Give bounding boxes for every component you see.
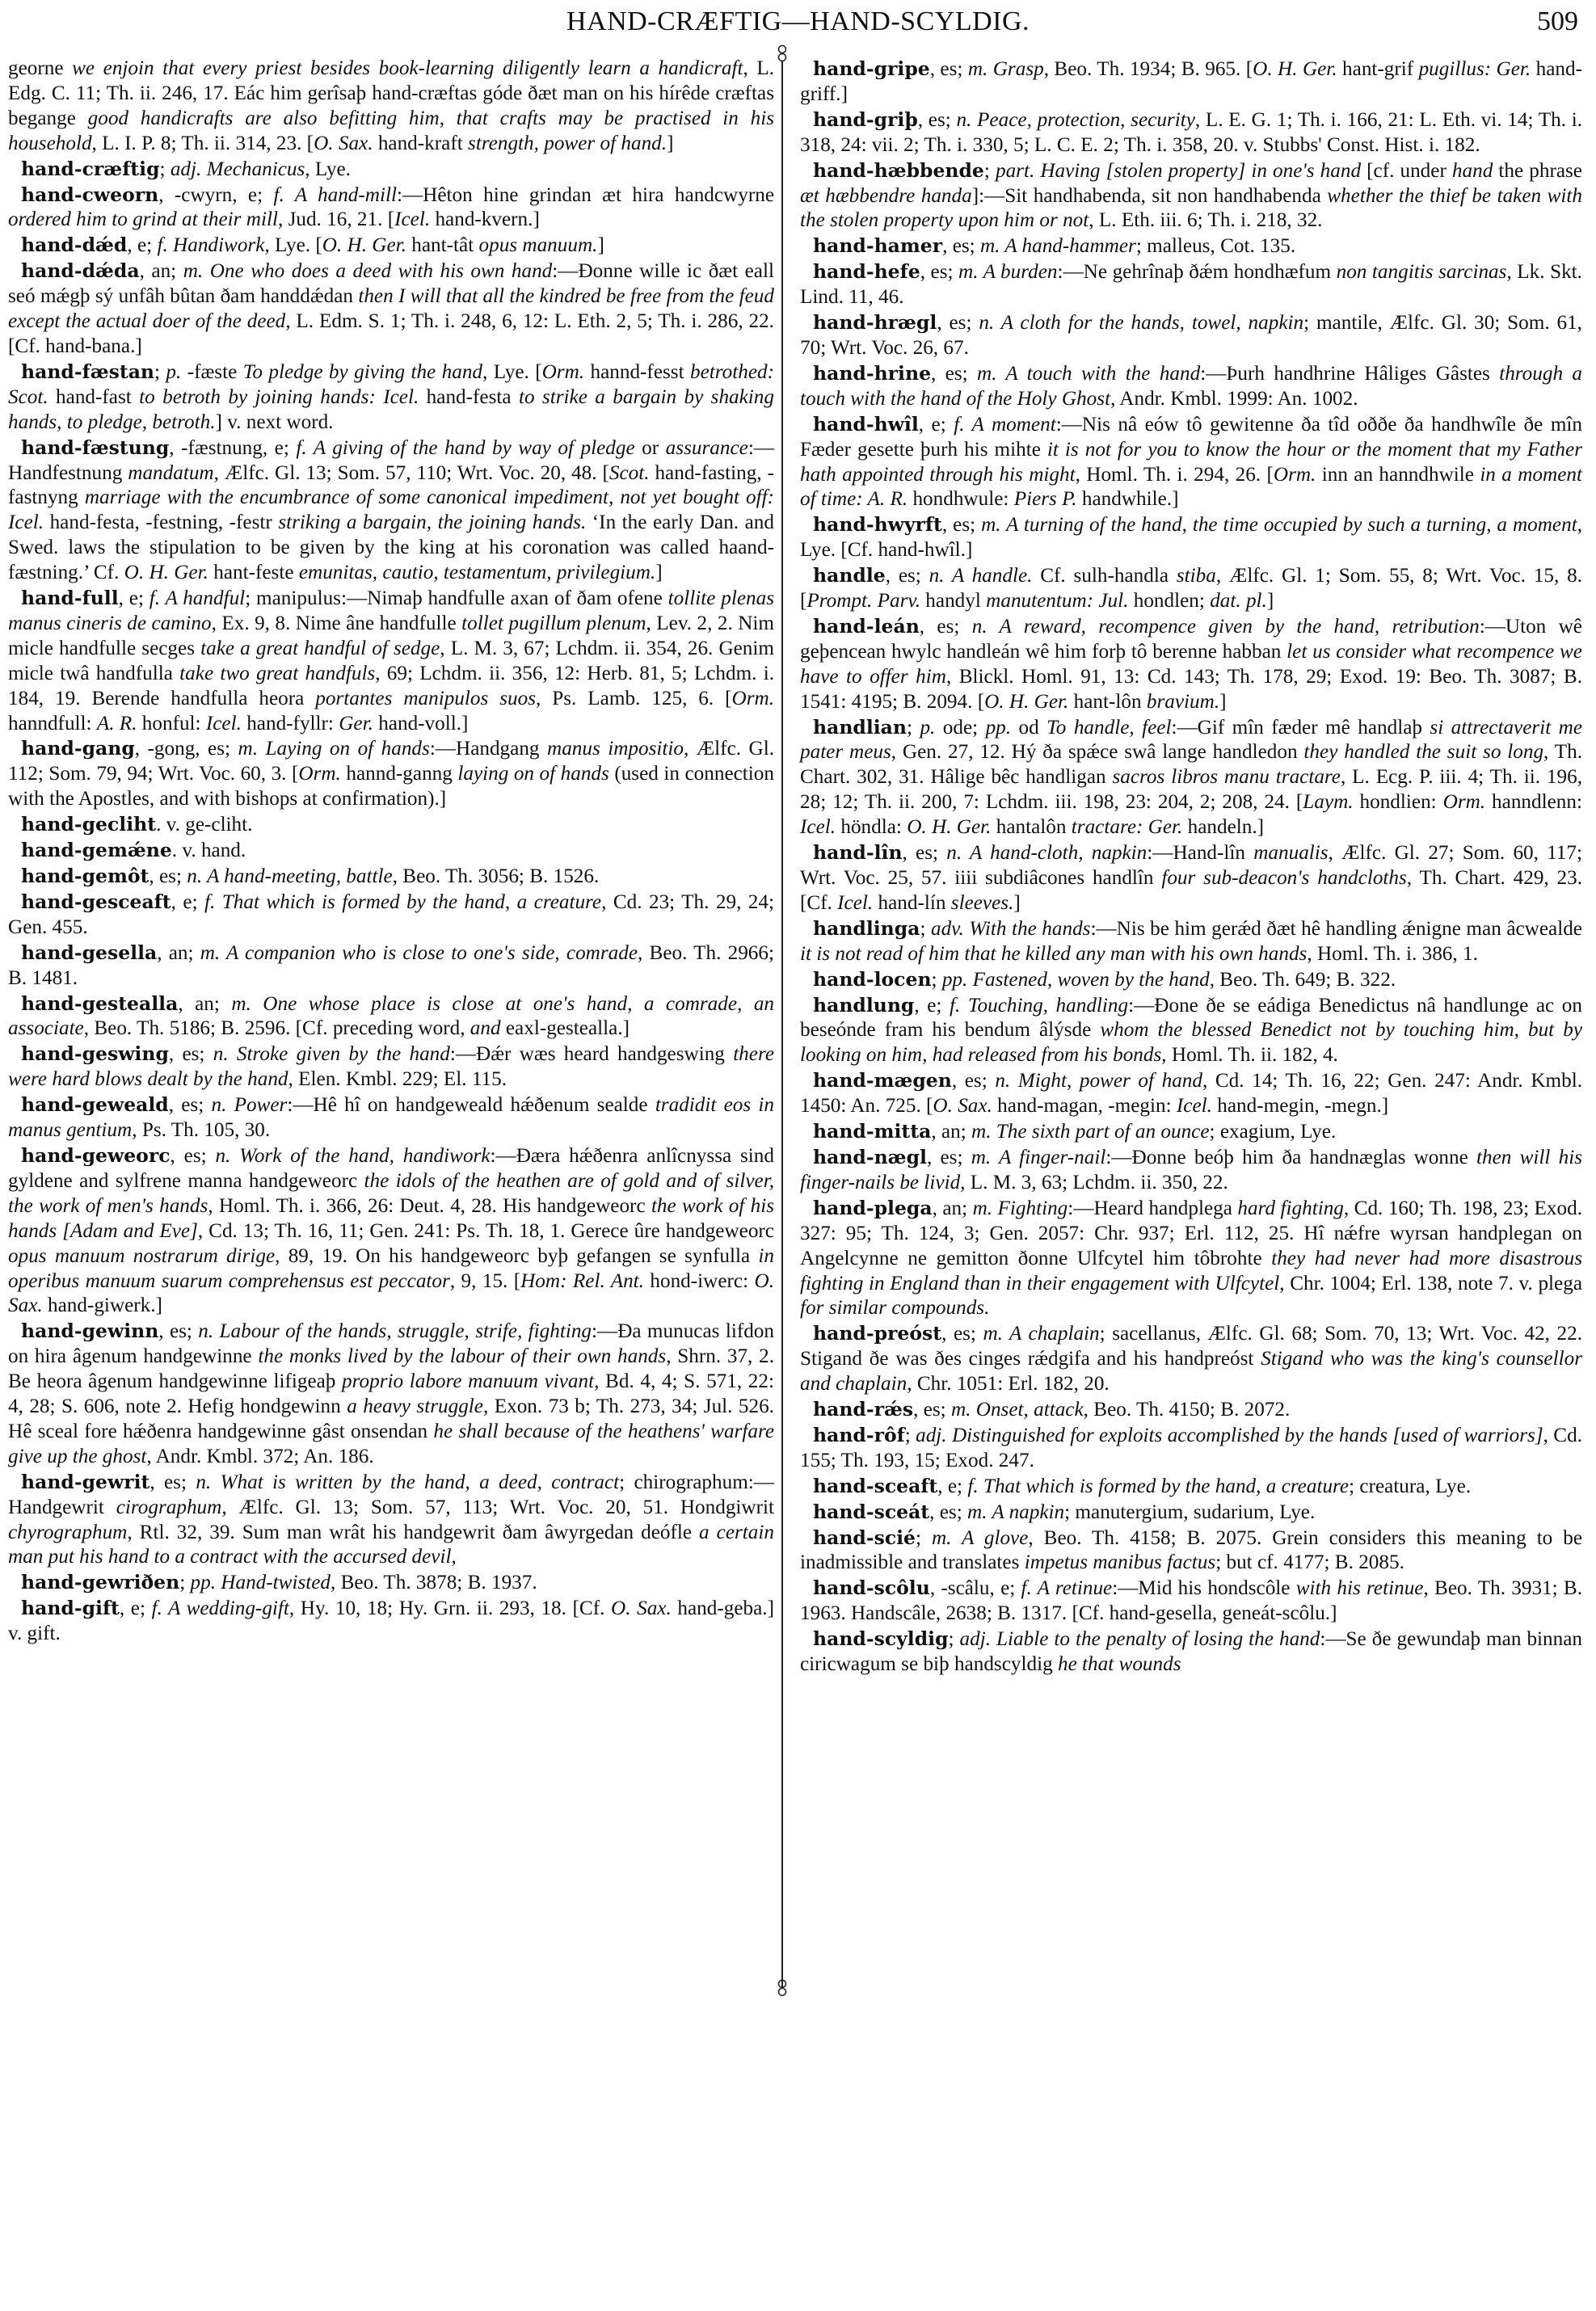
italic-text: it is not read of him that he killed any… [800,943,1307,965]
roman-text: ; [160,158,171,180]
roman-text: , Beo. Th. 3878; B. 1937. [331,1572,537,1593]
roman-text: , es; [149,865,187,887]
roman-text: , es; [931,363,977,385]
roman-text: , L. M. 3, 63; Lchdm. ii. 350, 22. [960,1172,1228,1193]
italic-text: m. A burden [958,261,1057,283]
italic-text: proprio labore manuum vivant [342,1370,594,1392]
dictionary-entry: hand-hrægl, es; n. A cloth for the hands… [800,310,1582,361]
italic-text: take a great handful of sedge [200,638,440,659]
italic-text: Orm. [732,688,774,709]
headword: hand-cweorn [21,183,158,206]
italic-text: m. One who does a deed with his own hand [183,260,553,282]
italic-text: m. Fighting [973,1198,1068,1219]
headword: hand-sceaft [813,1475,937,1497]
roman-text: , Chr. 1051: Erl. 182, 20. [907,1373,1109,1395]
italic-text: f. A giving of the hand by way of pledge [296,437,634,459]
roman-text: , e; [937,1475,967,1497]
headword: hand-fæstung [21,436,169,459]
italic-text: To handle, feel [1046,717,1171,739]
roman-text: hanndfull: [8,713,97,735]
roman-text: ; but cf. 4177; B. 2085. [1215,1551,1404,1573]
headword: hand-gift [21,1597,120,1619]
italic-text: O. H. Ger. [322,234,406,256]
roman-text: ] [1219,691,1226,713]
italic-text: for similar compounds. [800,1297,989,1319]
headword: hand-scôlu [813,1576,930,1599]
italic-text: f. Touching, handling [950,995,1128,1017]
headword: hand-hrægl [813,311,937,334]
headword: hand-gecliht [21,813,156,836]
headword: hand-gemǽne [21,839,172,861]
roman-text: hand-kraft [373,133,469,154]
roman-text: ; [154,361,166,383]
roman-text: hant-tât [406,234,479,256]
headword: hand-rǽs [813,1398,913,1421]
italic-text: dat. pl. [1210,590,1267,612]
dictionary-entry: hand-geswing, es; n. Stroke given by the… [8,1042,774,1092]
page-number: 509 [1537,6,1578,37]
dictionary-entry: hand-geweald, es; n. Power:—Hê hî on han… [8,1092,774,1143]
dictionary-entry: hand-gemôt, es; n. A hand-meeting, battl… [8,864,774,890]
roman-text: , -scâlu, e; [930,1577,1021,1599]
italic-text: To pledge by giving the hand [243,361,482,383]
italic-text: f. A retinue [1021,1577,1113,1599]
dictionary-entry: hand-mitta, an; m. The sixth part of an … [800,1119,1582,1145]
roman-text: :—Þurh handhrine Hâliges Gâstes [1200,363,1499,385]
headword: hand-scyldig [813,1627,949,1650]
dictionary-entry: hand-hefe, es; m. A burden:—Ne gehrînaþ … [800,259,1582,310]
headword: hand-hwîl [813,413,919,436]
roman-text: , -cwyrn, e; [158,184,273,206]
dictionary-entry: hand-scyldig; adj. Liable to the penalty… [800,1627,1582,1677]
roman-text: hond-iwerc: [644,1270,755,1292]
italic-text: adj. Distinguished for exploits accompli… [916,1425,1543,1446]
headword: hand-hefe [813,260,920,283]
roman-text: handwhile.] [1077,488,1179,510]
roman-text: , e; [119,587,149,609]
italic-text: n. Labour of the hands, struggle, strife… [198,1320,592,1342]
roman-text: hantalôn [991,816,1071,838]
dictionary-entry: hand-hrine, es; m. A touch with the hand… [800,361,1582,412]
headword: handlian [813,716,907,739]
dictionary-entry: hand-gift, e; f. A wedding-gift, Hy. 10,… [8,1596,774,1647]
dictionary-entry: hand-hæbbende; part. Having [stolen prop… [800,158,1582,234]
dictionary-entry: handlian; p. ode; pp. od To handle, feel… [800,715,1582,841]
italic-text: m. A napkin [967,1501,1064,1523]
roman-text: , an; [931,1121,971,1143]
italic-text: Icel. [1177,1095,1212,1117]
roman-text: ] [667,133,673,154]
roman-text: , Elen. Kmbl. 229; El. 115. [288,1068,507,1090]
dictionary-entry: hand-gewinn, es; n. Labour of the hands,… [8,1319,774,1469]
dictionary-entry: hand-gewriðen; pp. Hand-twisted, Beo. Th… [8,1570,774,1596]
roman-text: hand-fyllr: [242,713,339,735]
headword: hand-mitta [813,1120,931,1143]
roman-text: ; [905,1425,916,1446]
page-header: HAND-CRÆFTIG—HAND-SCYLDIG. 509 [0,6,1596,42]
left-column: georne we enjoin that every priest besid… [8,57,774,1647]
roman-text: , an; [157,942,200,964]
roman-text: , Ps. Lamb. 125, 6. [ [536,688,732,709]
headword: hand-lîn [813,841,903,864]
roman-text: honful: [137,713,206,735]
roman-text: , Beo. Th. 1934; B. 965. [ [1044,58,1253,80]
roman-text: ] [1267,590,1274,612]
roman-text: ; [920,918,931,940]
dictionary-entry: hand-rǽs, es; m. Onset, attack, Beo. Th.… [800,1397,1582,1423]
roman-text: inn an hanndhwile [1316,464,1480,486]
roman-text: , an; [933,1198,973,1219]
dictionary-entry: hand-gemǽne. v. hand. [8,838,774,864]
roman-text: handeln.] [1182,816,1264,838]
roman-text: hand-festa [419,386,519,408]
roman-text: , es; [903,842,947,864]
italic-text: Icel. [394,208,430,230]
dictionary-entry: hand-leán, es; n. A reward, recompence g… [800,614,1582,715]
italic-text: n. Power [211,1094,287,1116]
italic-text: m. A finger-nail [971,1147,1106,1168]
roman-text: , es; [920,616,972,638]
dictionary-entry: hand-sceát, es; m. A napkin; manutergium… [800,1500,1582,1526]
roman-text: , Homl. Th. i. 386, 1. [1307,943,1478,965]
italic-text: f. A moment [954,414,1055,436]
headword: hand-plega [813,1197,933,1219]
headword: hand-geweald [21,1093,169,1116]
italic-text: Hom: Rel. Ant. [520,1270,644,1292]
roman-text: ; manutergium, sudarium, Lye. [1064,1501,1315,1523]
italic-text: O. H. Ger. [907,816,991,838]
headword: handle [813,564,886,587]
italic-text: Scot. [609,462,650,484]
italic-text: p. [920,717,935,739]
dictionary-entry: hand-gestealla, an; m. One whose place i… [8,991,774,1042]
headword: hand-gemôt [21,865,149,887]
italic-text: tractare: Ger. [1072,816,1183,838]
headword: handlinga [813,917,920,940]
roman-text: ; [932,969,942,991]
roman-text: , es; [886,565,929,587]
italic-text: f. A hand-mill [273,184,397,206]
italic-text: m. A touch with the hand [977,363,1200,385]
roman-text: ode; [935,717,985,739]
roman-text: ; [179,1572,190,1593]
roman-text: :—Gif mîn fæder mê handlaþ [1171,717,1430,739]
roman-text: , e; [914,995,950,1017]
italic-text: adj. Liable to the penalty of losing the… [960,1628,1320,1650]
roman-text: , 89, 19. On his handgeweorc byþ gefange… [275,1245,758,1267]
italic-text: Orm. [1443,791,1485,813]
roman-text: höndla: [836,816,907,838]
roman-text: , e; [171,891,204,913]
headword: hand-geweorc [21,1144,171,1167]
headword: hand-gesella [21,941,157,964]
headword: hand-leán [813,615,920,638]
roman-text: hand-magan, -megin: [992,1095,1177,1117]
roman-text: , es; [158,1320,198,1342]
headword: hand-gang [21,737,135,760]
roman-text: the phrase [1493,160,1582,182]
headword: hand-sceát [813,1501,929,1523]
headword: hand-gestealla [21,992,178,1015]
italic-text: chyrographum [8,1522,127,1543]
headword: hand-gripe [813,57,930,80]
italic-text: p. [166,361,181,383]
roman-text: , L. Eth. iii. 6; Th. i. 218, 32. [1089,209,1322,231]
roman-text: georne [8,57,72,79]
dictionary-entry: hand-dǽd, e; f. Handiwork, Lye. [O. H. G… [8,233,774,259]
italic-text: O. Sax. [314,133,373,154]
roman-text: hondlen; [1128,590,1210,612]
italic-text: Orm. [1274,464,1316,486]
italic-text: Orm. [542,361,584,383]
italic-text: n. Stroke given by the hand [213,1043,450,1065]
italic-text: O. Sax. [611,1597,672,1619]
italic-text: n. Peace, protection, security [956,109,1194,131]
italic-text: we enjoin that every priest besides book… [72,57,743,79]
italic-text: Orm. [298,763,340,785]
roman-text: , e; [919,414,954,436]
dictionary-entry: hand-gewrit, es; n. What is written by t… [8,1470,774,1571]
roman-text: ] [597,234,604,256]
roman-text: . v. ge-cliht. [156,814,252,836]
headword: hand-mægen [813,1069,952,1092]
roman-text: , es; [169,1043,213,1065]
italic-text: sacros libros manu tractare [1112,766,1341,788]
italic-text: sleeves. [951,892,1014,914]
dictionary-entry: handlung, e; f. Touching, handling:—Ðone… [800,993,1582,1069]
roman-text: hant-grif [1337,58,1419,80]
headword: hand-geswing [21,1042,169,1065]
dictionary-entry: hand-fæstan; p. -fæste To pledge by givi… [8,360,774,436]
italic-text: striking a bargain, the joining hands. [278,511,586,533]
italic-text: laying on of hands [457,763,609,785]
roman-text: :—Ðǽr wæs heard handgeswing [450,1043,733,1065]
roman-text: , es; [942,235,980,257]
roman-text: , an; [140,260,183,282]
italic-text: O. Sax. [933,1095,992,1117]
italic-text: opus manuum nostrarum dirige [8,1245,275,1267]
italic-text: strength, power of hand. [468,133,667,154]
roman-text: hand-fast [48,386,140,408]
italic-text: n. Work of the hand, handiwork [215,1145,490,1167]
roman-text: , [451,1546,456,1568]
italic-text: n. What is written by the hand, a deed, … [196,1471,619,1493]
roman-text: hannd-fesst [584,361,690,383]
italic-text: f. That which is formed by the hand, a c… [967,1475,1349,1497]
italic-text: Piers P. [1014,488,1077,510]
italic-text: m. Onset, attack [951,1399,1084,1421]
roman-text: , 9, 15. [ [450,1270,520,1292]
italic-text: pugillus: Ger. [1419,58,1531,80]
dictionary-entry: hand-gesceaft, e; f. That which is forme… [8,890,774,941]
roman-text: ; exagium, Lye. [1210,1121,1337,1143]
roman-text: hondlien: [1354,791,1443,813]
roman-text: , -gong, es; [135,738,238,760]
headword: hand-griþ [813,108,918,131]
italic-text: n. A hand-cloth, napkin [946,842,1147,864]
italic-text: he that wounds [1058,1653,1181,1675]
headword: hand-gesceaft [21,890,171,913]
italic-text: opus manuum. [479,234,598,256]
dictionary-entry: hand-hwyrft, es; m. A turning of the han… [800,512,1582,563]
entry-continuation: georne we enjoin that every priest besid… [8,57,774,157]
italic-text: n. Might, power of hand [995,1070,1202,1092]
headword: hand-hrine [813,362,931,385]
roman-text: hand-voll.] [373,713,469,735]
headword: hand-gewriðen [21,1571,179,1593]
headword: handlung [813,994,914,1017]
italic-text: ordered him to grind at their mill [8,208,278,230]
roman-text: , L. I. P. 8; Th. ii. 314, 23. [ [92,133,314,154]
roman-text: , Homl. Th. ii. 182, 4. [1161,1044,1338,1066]
italic-text: m. The sixth part of an ounce [971,1121,1210,1143]
column-divider [781,65,783,1988]
roman-text: :—Nis be him gerǽd ðæt hê handling ǽnign… [1090,918,1582,940]
roman-text: , e; [120,1597,152,1619]
italic-text: adj. Mechanicus [171,158,305,180]
italic-text: Icel. [206,713,242,735]
headword: hand-nægl [813,1146,927,1168]
roman-text: , Ex. 9, 8. Nime âne handfulle [212,612,462,634]
italic-text: f. That which is formed by the hand, a c… [204,891,601,913]
headword: hand-hamer [813,234,942,257]
italic-text: stiba [1177,565,1216,587]
italic-text: take two great handfuls [179,663,375,684]
italic-text: A. R. [97,713,137,735]
roman-text: , Ps. Th. 105, 30. [132,1119,270,1141]
dictionary-entry: handlinga; adv. With the hands:—Nis be h… [800,916,1582,967]
roman-text: ]:—Sit handhabenda, sit non handhabenda [972,185,1328,207]
roman-text: :—Ðonne beóþ him ða handnæglas wonne [1105,1147,1476,1168]
italic-text: adv. With the hands [931,918,1091,940]
dictionary-entry: hand-hwîl, e; f. A moment:—Nis nâ eów tô… [800,412,1582,513]
dictionary-entry: hand-lîn, es; n. A hand-cloth, napkin:—H… [800,840,1582,916]
roman-text: hant-lôn [1068,691,1147,713]
headword: hand-dǽd [21,234,127,256]
dictionary-entry: hand-dǽda, an; m. One who does a deed wi… [8,259,774,360]
italic-text: pp. Hand-twisted [191,1572,331,1593]
italic-text: f. Handiwork [157,234,264,256]
italic-text: the monks lived by the labour of their o… [258,1345,666,1367]
headword: hand-scié [813,1526,916,1549]
roman-text: [cf. under [1361,160,1452,182]
dictionary-entry: hand-locen; pp. Fastened, woven by the h… [800,967,1582,993]
headword: hand-gewinn [21,1320,158,1342]
roman-text: or [635,437,666,459]
italic-text: m. Grasp [968,58,1044,80]
italic-text: cirographum [116,1496,222,1518]
roman-text: , Beo. Th. 4150; B. 2072. [1084,1399,1291,1421]
roman-text: :—Hand-lîn [1147,842,1253,864]
roman-text: , Jud. 16, 21. [ [278,208,394,230]
roman-text: , an; [178,993,231,1015]
roman-text: , es; [929,1501,967,1523]
roman-text: ] [655,562,662,583]
roman-text: :—Hê hî on handgeweald hǽðenum sealde [287,1094,655,1116]
italic-text: æt hæbbendre handa [800,185,972,207]
dictionary-entry: hand-sceaft, e; f. That which is formed … [800,1474,1582,1500]
roman-text: , Gen. 27, 12. Hý ða spǽce swâ lange han… [891,741,1304,763]
italic-text: f. A handful [149,587,245,609]
roman-text: :—Heard handplega [1068,1198,1237,1219]
roman-text: hand-lín [873,892,951,914]
running-title: HAND-CRÆFTIG—HAND-SCYLDIG. [0,6,1596,37]
italic-text: to betroth by joining hands: Icel. [139,386,419,408]
roman-text: hand-megin, -megn.] [1212,1095,1388,1117]
italic-text: assurance [666,437,748,459]
italic-text: n. A handle. [929,565,1033,587]
roman-text: , Ælfc. Gl. 13; Som. 57, 110; Wrt. Voc. … [214,462,609,484]
roman-text: , Lye. [ [264,234,322,256]
italic-text: tollet pugillum plenum [461,612,646,634]
italic-text: manus impositio [547,738,684,760]
headword: hand-gewrit [21,1471,149,1493]
roman-text: handyl [920,590,986,612]
italic-text: n. A reward, recompence given by the han… [972,616,1480,638]
roman-text: hondhwule: [907,488,1014,510]
italic-text: bravium. [1147,691,1219,713]
roman-text: ] v. next word. [216,411,334,433]
roman-text: hanndlenn: [1485,791,1582,813]
dictionary-entry: hand-gang, -gong, es; m. Laying on of ha… [8,736,774,812]
dictionary-entry: hand-gripe, es; m. Grasp, Beo. Th. 1934;… [800,57,1582,107]
headword: hand-dǽda [21,259,140,282]
column-rule-bottom-ornament-icon [774,1973,790,1997]
italic-text: O. H. Ger. [984,691,1068,713]
italic-text: mandatum [128,462,213,484]
headword: hand-fæstan [21,360,154,383]
italic-text: manualis [1253,842,1328,864]
italic-text: portantes manipulos suos [315,688,536,709]
dictionary-entry: handle, es; n. A handle. Cf. sulh-handla… [800,563,1582,614]
roman-text: , Lye. [305,158,351,180]
italic-text: part. Having [stolen property] in one's … [996,160,1361,182]
roman-text: , es; [952,1070,995,1092]
roman-text: , es; [149,1471,196,1493]
italic-text: pp. Fastened, woven by the hand [942,969,1210,991]
italic-text: and [470,1017,501,1039]
italic-text: n. A cloth for the hands, towel, napkin [979,312,1303,334]
dictionary-entry: hand-scié; m. A glove, Beo. Th. 4158; B.… [800,1526,1582,1576]
italic-text: hard fighting [1237,1198,1343,1219]
headword: hand-full [21,587,119,609]
right-column: hand-gripe, es; m. Grasp, Beo. Th. 1934;… [800,57,1582,1677]
roman-text: ; [916,1527,932,1549]
roman-text: Cf. sulh-handla [1032,565,1176,587]
italic-text: Icel. [837,892,873,914]
roman-text: , Lye. [ [482,361,542,383]
italic-text: non tangitis sarcinas [1337,261,1507,283]
italic-text: Icel. [800,816,836,838]
headword: hand-hæbbende [813,159,984,182]
roman-text: , Andr. Kmbl. 1999: An. 1002. [1110,388,1358,410]
roman-text: , es; [927,1147,971,1168]
roman-text: hand-kvern.] [430,208,540,230]
headword: hand-rôf [813,1424,905,1446]
headword: hand-cræftig [21,158,160,180]
roman-text: , Beo. Th. 3056; B. 1526. [393,865,600,887]
italic-text: with his retinue [1296,1577,1424,1599]
headword: hand-preóst [813,1322,941,1345]
headword: hand-locen [813,968,932,991]
dictionary-entry: hand-cweorn, -cwyrn, e; f. A hand-mill:—… [8,183,774,234]
italic-text: O. H. Ger. [124,562,208,583]
roman-text: eaxl-gestealla.] [501,1017,630,1039]
roman-text: , es; [920,261,958,283]
dictionary-entry: hand-preóst, es; m. A chaplain; sacellan… [800,1321,1582,1397]
italic-text: m. Laying on of hands [238,738,430,760]
roman-text: , es; [937,312,979,334]
